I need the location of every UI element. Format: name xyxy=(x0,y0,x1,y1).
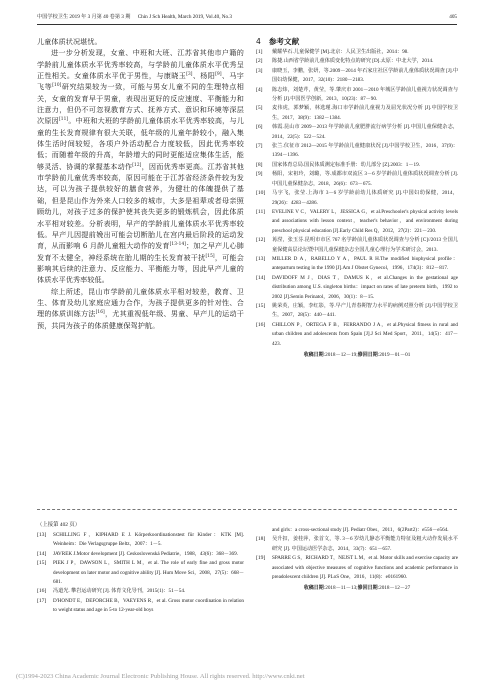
body-paragraph: 儿童体质状况堪忧。 xyxy=(37,36,244,47)
body-paragraph: 综上所述，昆山市学龄前儿童体质水平相对较差，教育、卫生、体育及幼儿家庭应通力合作… xyxy=(37,286,244,331)
reference-number: [16] xyxy=(37,587,53,596)
references-heading: 4参考文献 xyxy=(256,36,458,47)
page-number: 405 xyxy=(449,12,457,24)
reference-item: [2]陈捷.山西省学龄前儿童体质变化特点的研究 [D].太原：中北大学，2014… xyxy=(256,57,458,66)
reference-text: 杨阳，宋祖玲，刘璐，等.成都市双流区 3－6 岁学龄前儿童体质状况调查分析 [J… xyxy=(272,170,458,189)
section-divider xyxy=(37,509,457,512)
reference-item: [18]吴升扣，姜桂萍，张首文，等. 3－6 岁幼儿静态平衡能力特征及粗大动作发… xyxy=(256,535,458,554)
received-label: 收稿日期 xyxy=(304,585,324,591)
citation-marker[interactable]: [15] xyxy=(205,254,214,259)
reference-text: 戴耀华石.儿童保健学 [M].北京：人民卫生出版社，2014：98. xyxy=(272,48,458,57)
reference-number: [3] xyxy=(256,67,272,86)
reference-number: [13] xyxy=(37,531,53,550)
continuation-left: （上接第 402 页） [13]SCHILLING F，KIPHARD E J.… xyxy=(37,520,244,616)
reference-text: D'HONDT E，DEFORCHE B，VAEYENS R，et al. Gr… xyxy=(53,597,244,616)
reference-item: [16]冯道光. 攀岩运动研究 [J]. 体育文化导刊，2015(1)：51－5… xyxy=(37,587,244,596)
reference-number: [6] xyxy=(256,123,272,142)
reference-text: SPARRE G S，RICHARD T，NEJST L M，et al. Mo… xyxy=(272,554,458,582)
reference-number: [11] xyxy=(256,208,272,236)
reference-item: [1]戴耀华石.儿童保健学 [M].北京：人民卫生出版社，2014：98. xyxy=(256,48,458,57)
reference-text: 冯道光. 攀岩运动研究 [J]. 体育文化导刊，2015(1)：51－54. xyxy=(53,587,244,596)
reference-number: [12] xyxy=(256,236,272,255)
reference-item: [4]陈志炜，刘楚芹，黄莹，等.肇庆市 2001－2010 年城区学龄前儿童视力… xyxy=(256,86,458,105)
citation-marker[interactable]: [12] xyxy=(132,163,141,168)
running-header: 中国学校卫生 2019 年 3 月第 40 卷第 3 期 Chin J Sch … xyxy=(37,12,457,25)
reference-number: [13] xyxy=(256,255,272,274)
reference-item: [14]JAVREK J.Motor development [J]. Cesk… xyxy=(37,550,244,559)
reference-text: 康晓玉，李鹏，张妍，等.2009－2014 年石家庄社区学龄前儿童体质状况调查 … xyxy=(272,67,458,86)
reference-text: 韩霞.昆山市 2009－2013 年学龄前儿童肥胖流行病学分析 [J].中国儿童… xyxy=(272,123,458,142)
reference-number: [5] xyxy=(256,104,272,123)
reference-item: [3]康晓玉，李鹏，张妍，等.2009－2014 年石家庄社区学龄前儿童体质状况… xyxy=(256,67,458,86)
reference-item: [11]EVELINE V C，VALERY L，JESSICA G，et al… xyxy=(256,208,458,236)
reference-item: [15]PIEK J P，DAWSON L，SMITH L M，et al. T… xyxy=(37,559,244,587)
continuation-right: and girls：a cross-sectional study [J]. P… xyxy=(256,526,458,593)
citation-marker[interactable]: [3] xyxy=(186,72,192,77)
reference-number: [15] xyxy=(37,559,53,587)
reference-item-continued: and girls：a cross-sectional study [J]. P… xyxy=(256,526,458,535)
continuation-reference-list: [13]SCHILLING F，KIPHARD E J. Körperkoord… xyxy=(37,531,244,616)
reference-text: 马宇飞，张莹.上海市 3－6 岁学龄前幼儿体质研究 [J].中国妇幼保健，201… xyxy=(272,189,458,208)
reference-item: [5]麦伟虎，郭梦颖，林选瑾.海口市学龄前儿童视力及屈光状况分析 [J].中国学… xyxy=(256,104,458,123)
section-title: 参考文献 xyxy=(269,37,299,46)
reference-item: [15]姚荣英，庄颖，李红影，等.早产儿青春期智力水平的病例对照分析 [J].中… xyxy=(256,302,458,321)
body-text-column: 儿童体质状况堪忧。进一步分析发现，女童、中班和大班、江苏省其他市户籍的学龄前儿童… xyxy=(37,36,244,331)
reference-number: [17] xyxy=(37,597,53,616)
reference-text: SCHILLING F，KIPHARD E J. Körperkoordinat… xyxy=(53,531,244,550)
journal-info: 中国学校卫生 2019 年 3 月第 40 卷第 3 期 Chin J Sch … xyxy=(37,12,238,24)
reference-number: [19] xyxy=(256,554,272,582)
reference-number: [7] xyxy=(256,142,272,161)
references-section: 4参考文献 [1]戴耀华石.儿童保健学 [M].北京：人民卫生出版社，2014：… xyxy=(256,36,458,360)
revised-date: 2018－12－27 xyxy=(379,585,410,591)
reference-number: [2] xyxy=(256,57,272,66)
section-number: 4 xyxy=(256,37,261,46)
revised-date: 2019－01－01 xyxy=(379,352,410,358)
received-date-line: 收稿日期:2018－12－19;修回日期:2019－01－01 xyxy=(256,350,458,360)
citation-marker[interactable]: [16] xyxy=(96,310,105,315)
citation-marker[interactable]: [11] xyxy=(59,117,68,122)
reference-text: DAVIDOFF M J，DIAS T，DAMUS K，et al.Change… xyxy=(272,274,458,302)
reference-number: [4] xyxy=(256,86,272,105)
revised-label: 修回日期 xyxy=(358,585,378,591)
reference-number: [16] xyxy=(256,321,272,349)
reference-number: [15] xyxy=(256,302,272,321)
reference-text: 麦伟虎，郭梦颖，林选瑾.海口市学龄前儿童视力及屈光状况分析 [J].中国学校卫生… xyxy=(272,104,458,123)
journal-title-en: Chin J Sch Health, March 2019, Vol.40, N… xyxy=(138,14,232,20)
citation-marker[interactable]: [10] xyxy=(52,83,61,88)
received-label: 收稿日期 xyxy=(304,352,324,358)
reference-text: 陈志炜，刘楚芹，黄莹，等.肇庆市 2001－2010 年城区学龄前儿童视力状况调… xyxy=(272,86,458,105)
reference-item: [7]张兰.仪征市 2012—2015 年学龄前儿童健康状况 [J].中国学校卫… xyxy=(256,142,458,161)
journal-title-cn: 中国学校卫生 2019 年 3 月第 40 卷第 3 期 xyxy=(37,14,130,20)
reference-item: [13]SCHILLING F，KIPHARD E J. Körperkoord… xyxy=(37,531,244,550)
continuation-note: （上接第 402 页） xyxy=(37,520,244,530)
citation-marker[interactable]: [9] xyxy=(215,72,221,77)
body-paragraph: 进一步分析发现，女童、中班和大班、江苏省其他市户籍的学龄前儿童体质水平优秀率较高… xyxy=(37,47,244,285)
reference-number: [14] xyxy=(37,550,53,559)
reference-text: 苒滢，张玉芬.昆明市市区 767 名学龄前儿童体质状况调查与分析 [C]//20… xyxy=(272,236,458,255)
reference-item: [8]国家体育总局.国民体质测定标准手册：幼儿部分 [Z].2003：1－19. xyxy=(256,161,458,170)
citation-marker[interactable]: [13-14] xyxy=(170,242,186,247)
copyright-footer: (C)1994-2023 China Academic Journal Elec… xyxy=(16,673,486,680)
reference-item: [19]SPARRE G S，RICHARD T，NEJST L M，et al… xyxy=(256,554,458,582)
reference-number: [14] xyxy=(256,274,272,302)
reference-item: [14]DAVIDOFF M J，DIAS T，DAMUS K，et al.Ch… xyxy=(256,274,458,302)
reference-text: 张兰.仪征市 2012—2015 年学龄前儿童健康状况 [J].中国学校卫生，2… xyxy=(272,142,458,161)
reference-number: [9] xyxy=(256,170,272,189)
reference-text: 陈捷.山西省学龄前儿童体质变化特点的研究 [D].太原：中北大学，2014. xyxy=(272,57,458,66)
reference-text: EVELINE V C，VALERY L，JESSICA G，et al.Pre… xyxy=(272,208,458,236)
reference-item: [16]CHILLON P，ORTEGA F B，FERRANDO J A，et… xyxy=(256,321,458,349)
reference-item: [6]韩霞.昆山市 2009－2013 年学龄前儿童肥胖流行病学分析 [J].中… xyxy=(256,123,458,142)
reference-number: [8] xyxy=(256,161,272,170)
reference-text: JAVREK J.Motor development [J]. Ceskoslo… xyxy=(53,550,244,559)
reference-text: 国家体育总局.国民体质测定标准手册：幼儿部分 [Z].2003：1－19. xyxy=(272,161,458,170)
reference-item: [9]杨阳，宋祖玲，刘璐，等.成都市双流区 3－6 岁学龄前儿童体质状况调查分析… xyxy=(256,170,458,189)
reference-item: [13]MILLER D A，RABELLO Y A，PAUL R H.The … xyxy=(256,255,458,274)
revised-label: 修回日期 xyxy=(358,352,378,358)
received-date-line-2: 收稿日期:2018－11－13;修回日期:2018－12－27 xyxy=(256,583,458,593)
reference-list: [1]戴耀华石.儿童保健学 [M].北京：人民卫生出版社，2014：98.[2]… xyxy=(256,48,458,349)
reference-item: [12]苒滢，张玉芬.昆明市市区 767 名学龄前儿童体质状况调查与分析 [C]… xyxy=(256,236,458,255)
reference-text: CHILLON P，ORTEGA F B，FERRANDO J A，et al.… xyxy=(272,321,458,349)
reference-item: [10]马宇飞，张莹.上海市 3－6 岁学龄前幼儿体质研究 [J].中国妇幼保健… xyxy=(256,189,458,208)
reference-number: [18] xyxy=(256,535,272,554)
reference-item: [17]D'HONDT E，DEFORCHE B，VAEYENS R，et al… xyxy=(37,597,244,616)
reference-text: MILLER D A，RABELLO Y A，PAUL R H.The modi… xyxy=(272,255,458,274)
received-date: 2018－11－13 xyxy=(325,585,356,591)
reference-number: [10] xyxy=(256,189,272,208)
received-date: 2018－12－19 xyxy=(325,352,356,358)
reference-number: [1] xyxy=(256,48,272,57)
continuation-reference-list-right: [18]吴升扣，姜桂萍，张首文，等. 3－6 岁幼儿静态平衡能力特征及粗大动作发… xyxy=(256,535,458,582)
reference-text: PIEK J P，DAWSON L，SMITH L M，et al. The r… xyxy=(53,559,244,587)
reference-text: 姚荣英，庄颖，李红影，等.早产儿青春期智力水平的病例对照分析 [J].中国学校卫… xyxy=(272,302,458,321)
reference-text: 吴升扣，姜桂萍，张首文，等. 3－6 岁幼儿静态平衡能力特征及粗大动作发展水平研… xyxy=(272,535,458,554)
